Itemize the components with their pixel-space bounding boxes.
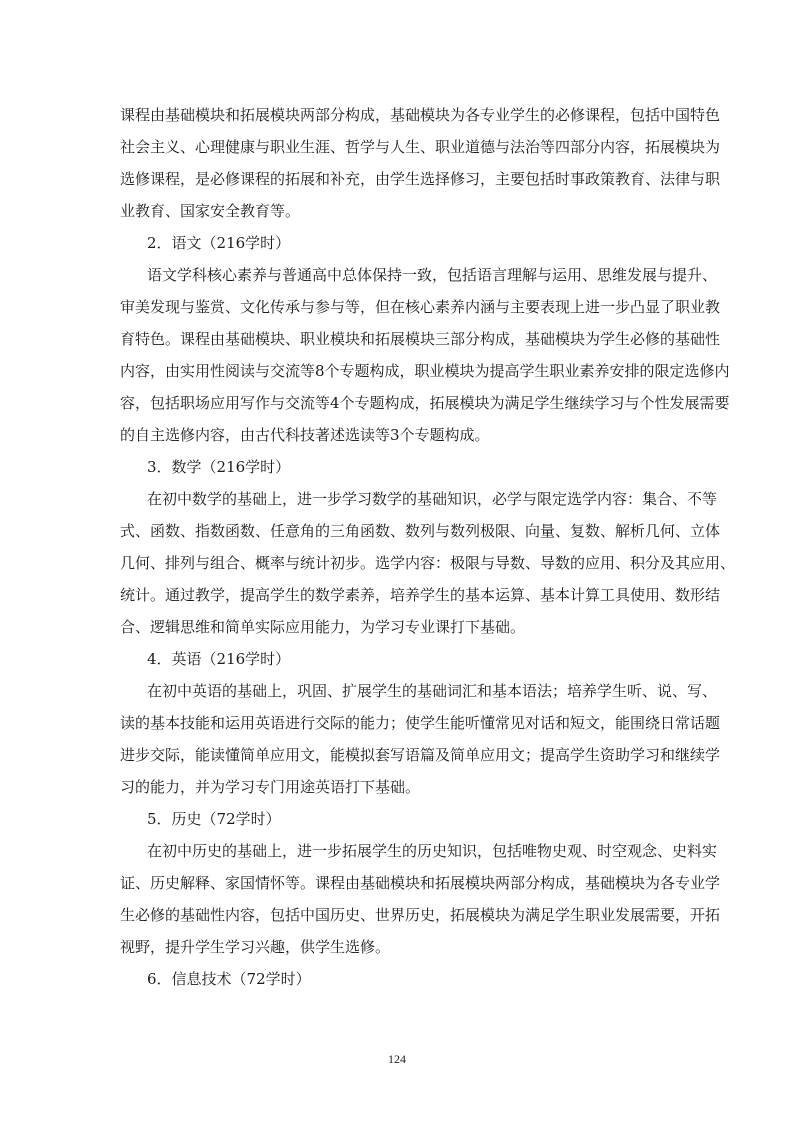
section-heading-english: 4．英语（216学时） (120, 643, 680, 675)
document-page: 课程由基础模块和拓展模块两部分构成，基础模块为各专业学生的必修课程，包括中国特色… (120, 99, 680, 995)
text-line: 生必修的基础性内容，包括中国历史、世界历史，拓展模块为满足学生职业发展需要，开拓 (120, 899, 680, 931)
text-line: 统计。通过教学，提高学生的数学素养，培养学生的基本运算、基本计算工具使用、数形结 (120, 579, 680, 611)
paragraph-english: 在初中英语的基础上，巩固、扩展学生的基础词汇和基本语法；培养学生听、说、写、 读… (120, 675, 680, 803)
text-line: 证、历史解释、家国情怀等。课程由基础模块和拓展模块两部分构成，基础模块为各专业学 (120, 867, 680, 899)
paragraph-history: 在初中历史的基础上，进一步拓展学生的历史知识，包括唯物史观、时空观念、史料实 证… (120, 835, 680, 963)
text-line: 习的能力，并为学习专门用途英语打下基础。 (120, 771, 680, 803)
text-line: 容，包括职场应用写作与交流等4个专题构成，拓展模块为满足学生继续学习与个性发展需… (120, 387, 680, 419)
text-line: 育特色。课程由基础模块、职业模块和拓展模块三部分构成，基础模块为学生必修的基础性 (120, 323, 680, 355)
section-heading-history: 5．历史（72学时） (120, 803, 680, 835)
text-line: 进步交际，能读懂简单应用文，能模拟套写语篇及简单应用文；提高学生资助学习和继续学 (120, 739, 680, 771)
paragraph-chinese: 语文学科核心素养与普通高中总体保持一致，包括语言理解与运用、思维发展与提升、 审… (120, 259, 680, 451)
text-line: 视野，提升学生学习兴趣，供学生选修。 (120, 931, 680, 963)
paragraph-politics-continuation: 课程由基础模块和拓展模块两部分构成，基础模块为各专业学生的必修课程，包括中国特色… (120, 99, 680, 227)
text-line: 语文学科核心素养与普通高中总体保持一致，包括语言理解与运用、思维发展与提升、 (120, 259, 680, 291)
section-heading-math: 3．数学（216学时） (120, 451, 680, 483)
text-line: 业教育、国家安全教育等。 (120, 195, 680, 227)
text-line: 选修课程，是必修课程的拓展和补充，由学生选择修习，主要包括时事政策教育、法律与职 (120, 163, 680, 195)
text-line: 社会主义、心理健康与职业生涯、哲学与人生、职业道德与法治等四部分内容，拓展模块为 (120, 131, 680, 163)
text-line: 式、函数、指数函数、任意角的三角函数、数列与数列极限、向量、复数、解析几何、立体 (120, 515, 680, 547)
text-line: 合、逻辑思维和简单实际应用能力，为学习专业课打下基础。 (120, 611, 680, 643)
text-line: 内容，由实用性阅读与交流等8个专题构成，职业模块为提高学生职业素养安排的限定选修… (120, 355, 680, 387)
text-line: 在初中英语的基础上，巩固、扩展学生的基础词汇和基本语法；培养学生听、说、写、 (120, 675, 680, 707)
section-heading-chinese: 2．语文（216学时） (120, 227, 680, 259)
text-line: 课程由基础模块和拓展模块两部分构成，基础模块为各专业学生的必修课程，包括中国特色 (120, 99, 680, 131)
section-heading-it: 6．信息技术（72学时） (120, 963, 680, 995)
text-line: 几何、排列与组合、概率与统计初步。选学内容：极限与导数、导数的应用、积分及其应用… (120, 547, 680, 579)
text-line: 在初中数学的基础上，进一步学习数学的基础知识，必学与限定选学内容：集合、不等 (120, 483, 680, 515)
text-line: 读的基本技能和运用英语进行交际的能力；使学生能听懂常见对话和短文，能围绕日常话题 (120, 707, 680, 739)
text-line: 审美发现与鉴赏、文化传承与参与等，但在核心素养内涵与主要表现上进一步凸显了职业教 (120, 291, 680, 323)
paragraph-math: 在初中数学的基础上，进一步学习数学的基础知识，必学与限定选学内容：集合、不等 式… (120, 483, 680, 643)
page-number: 124 (0, 1052, 794, 1067)
text-line: 的自主选修内容，由古代科技著述选读等3个专题构成。 (120, 419, 680, 451)
text-line: 在初中历史的基础上，进一步拓展学生的历史知识，包括唯物史观、时空观念、史料实 (120, 835, 680, 867)
